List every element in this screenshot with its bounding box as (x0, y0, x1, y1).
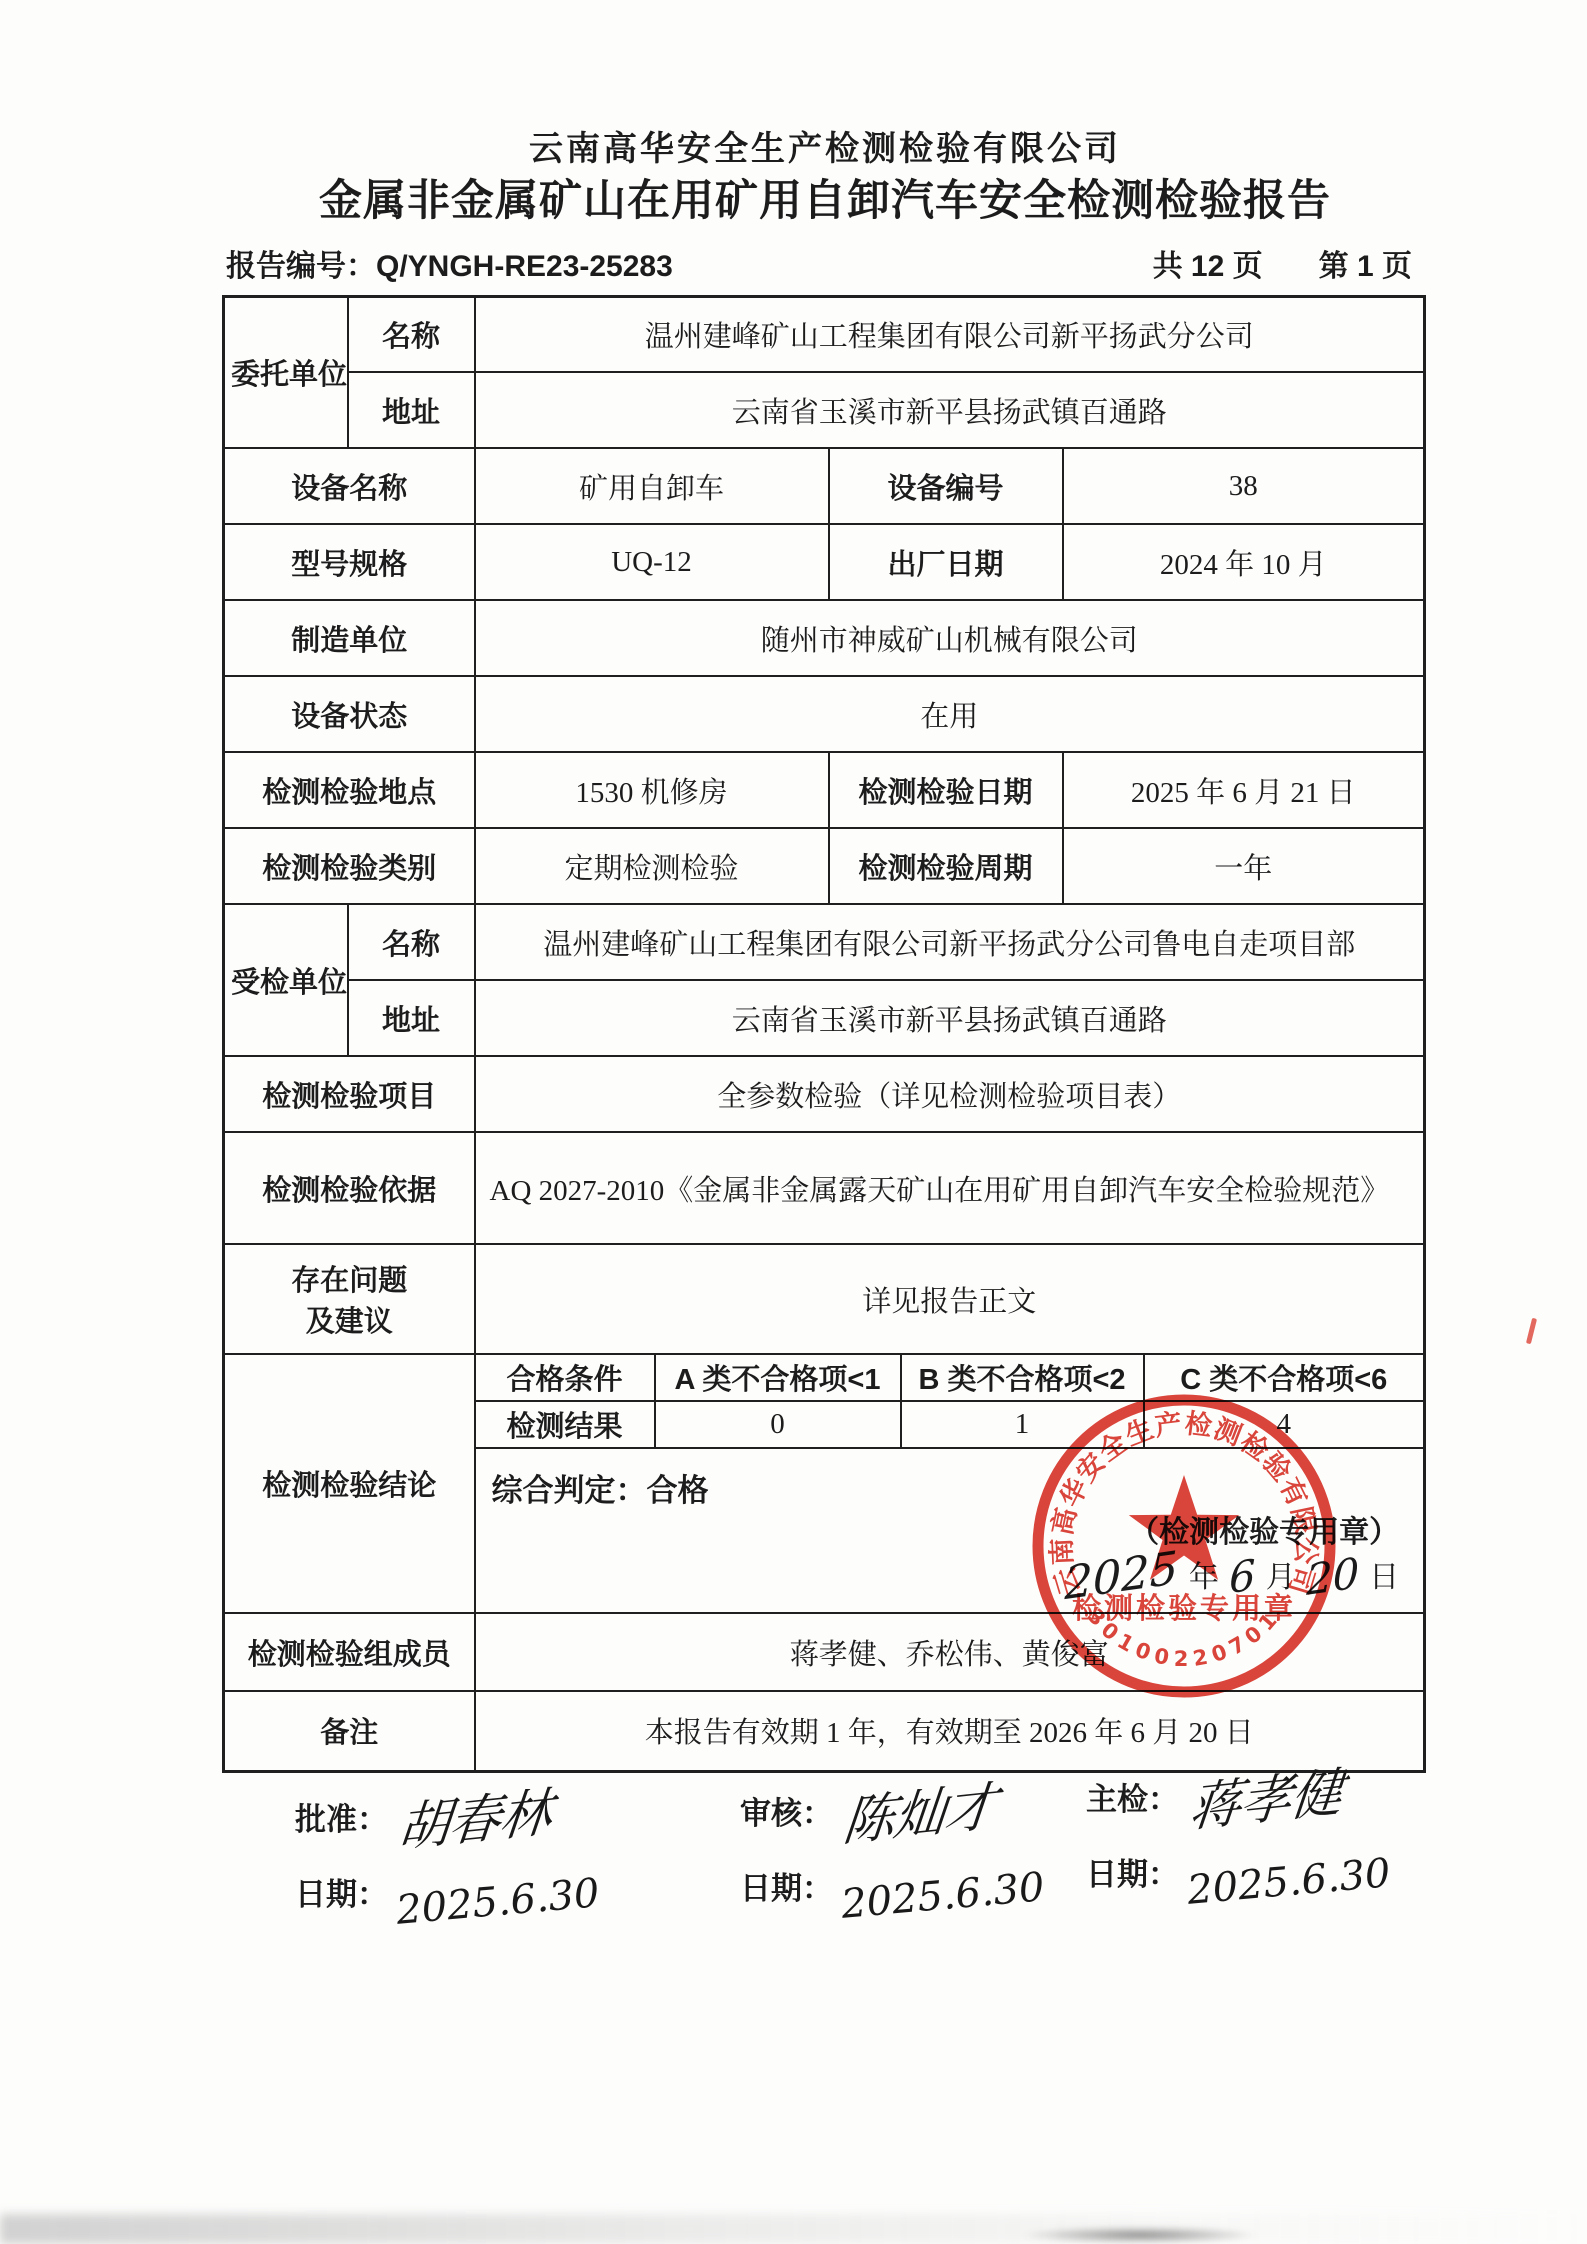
equipment-name-value: 矿用自卸车 (475, 448, 829, 524)
chief-date-value: 2025.6.30 (1186, 1855, 1392, 1909)
inspection-cycle-label: 检测检验周期 (829, 828, 1063, 904)
review-date-value: 2025.6.30 (840, 1869, 1046, 1923)
inspected-unit-name-label: 名称 (348, 904, 475, 980)
inspection-place-label: 检测检验地点 (224, 752, 475, 828)
table-row: 地址 云南省玉溪市新平县扬武镇百通路 (224, 980, 1425, 1056)
condition-c-cell: C 类不合格项<6 (1144, 1354, 1425, 1401)
manufacturer-value: 随州市神威矿山机械有限公司 (475, 600, 1425, 676)
result-b-cell: 1 (901, 1401, 1144, 1448)
items-value: 全参数检验（详见检测检验项目表） (475, 1056, 1425, 1132)
problems-value: 详见报告正文 (475, 1244, 1425, 1354)
chief-date-label: 日期： (1086, 1849, 1179, 1894)
status-label: 设备状态 (224, 676, 475, 752)
inspected-unit-name-value: 温州建峰矿山工程集团有限公司新平扬武分公司鲁电自走项目部 (475, 904, 1425, 980)
table-row: 检测检验类别 定期检测检验 检测检验周期 一年 (224, 828, 1425, 904)
report-number-label: 报告编号： (226, 250, 376, 283)
team-members: 蒋孝健、乔松伟、黄俊富 (475, 1613, 1425, 1691)
seal-date-year-unit: 年 (1189, 1561, 1219, 1594)
verdict-cell: 综合判定：合格 （检测检验专用章） 2025年6月20日 (475, 1448, 1425, 1613)
table-row: 检测检验项目 全参数检验（详见检测检验项目表） (224, 1056, 1425, 1132)
inspection-date-value: 2025 年 6 月 21 日 (1063, 752, 1425, 828)
inspection-date-label: 检测检验日期 (829, 752, 1063, 828)
seal-date-day-unit: 日 (1369, 1561, 1399, 1594)
basis-label: 检测检验依据 (224, 1132, 475, 1244)
report-page: 云南高华安全生产检测检验有限公司 金属非金属矿山在用矿用自卸汽车安全检测检验报告… (0, 0, 1587, 2244)
problems-label: 存在问题 及建议 (224, 1244, 475, 1354)
result-c-cell: 4 (1144, 1401, 1425, 1448)
header: 云南高华安全生产检测检验有限公司 金属非金属矿山在用矿用自卸汽车安全检测检验报告 (222, 0, 1428, 227)
review-signature: 陈灿才 (841, 1784, 998, 1848)
inspection-cycle-value: 一年 (1063, 828, 1425, 904)
client-section-cell: 委托单位 (224, 296, 348, 448)
chief-block: 主检： 蒋孝健 日期： 2025.6.30 (1086, 1772, 1391, 1894)
inspection-category-value: 定期检测检验 (475, 828, 829, 904)
report-table: 委托单位 名称 温州建峰矿山工程集团有限公司新平扬武分公司 地址 云南省玉溪市新… (222, 295, 1426, 1773)
equipment-model-value: UQ-12 (475, 524, 829, 600)
equipment-mfg-date-label: 出厂日期 (829, 524, 1063, 600)
seal-date-month-unit: 月 (1266, 1561, 1296, 1594)
approve-label: 批准： (295, 1794, 388, 1839)
equipment-number-label: 设备编号 (829, 448, 1063, 524)
table-row: 检测检验依据 AQ 2027-2010《金属非金属露天矿山在用矿用自卸汽车安全检… (224, 1132, 1425, 1244)
inspected-unit-section-cell: 受检单位 (224, 904, 348, 1056)
table-row: 设备状态 在用 (224, 676, 1425, 752)
table-row: 制造单位 随州市神威矿山机械有限公司 (224, 600, 1425, 676)
inspected-unit-address-label: 地址 (348, 980, 475, 1056)
report-number-value: Q/YNGH-RE23-25283 (376, 250, 673, 283)
table-row: 检测检验地点 1530 机修房 检测检验日期 2025 年 6 月 21 日 (224, 752, 1425, 828)
conclusion-label: 检测检验结论 (224, 1354, 475, 1613)
equipment-mfg-date-value: 2024 年 10 月 (1063, 524, 1425, 600)
equipment-name-label: 设备名称 (224, 448, 475, 524)
approve-block: 批准： 胡春林 日期： 2025.6.30 (295, 1792, 600, 1914)
client-address-value: 云南省玉溪市新平县扬武镇百通路 (475, 372, 1425, 448)
approve-date-label: 日期： (295, 1869, 388, 1914)
client-name-value: 温州建峰矿山工程集团有限公司新平扬武分公司 (475, 296, 1425, 372)
report-number: 报告编号：Q/YNGH-RE23-25283 (226, 241, 673, 285)
basis-value: AQ 2027-2010《金属非金属露天矿山在用矿用自卸汽车安全检验规范》 (475, 1132, 1425, 1244)
remark-label: 备注 (224, 1691, 475, 1771)
report-title: 金属非金属矿山在用矿用自卸汽车安全检测检验报告 (222, 177, 1428, 226)
team-label: 检测检验组成员 (224, 1613, 475, 1691)
chief-label: 主检： (1086, 1774, 1179, 1819)
result-a-cell: 0 (655, 1401, 901, 1448)
red-mark-artifact (1526, 1318, 1537, 1344)
seal-date-day: 20 (1306, 1552, 1359, 1602)
condition-a-cell: A 类不合格项<1 (655, 1354, 901, 1401)
condition-header-cell: 合格条件 (475, 1354, 655, 1401)
inspected-unit-address-value: 云南省玉溪市新平县扬武镇百通路 (475, 980, 1425, 1056)
verdict-line: 综合判定：合格 (492, 1465, 709, 1510)
verdict-label: 综合判定： (492, 1473, 647, 1508)
table-row: 存在问题 及建议 详见报告正文 (224, 1244, 1425, 1354)
verdict-value: 合格 (647, 1473, 709, 1508)
review-date-label: 日期： (740, 1863, 833, 1908)
approve-date-value: 2025.6.30 (395, 1875, 601, 1929)
condition-b-cell: B 类不合格项<2 (901, 1354, 1144, 1401)
problems-label-line1: 存在问题 (231, 1258, 468, 1299)
result-header-cell: 检测结果 (475, 1401, 655, 1448)
report-meta-line: 报告编号：Q/YNGH-RE23-25283 共 12 页 第 1 页 (226, 241, 1418, 285)
page-counter: 共 12 页 第 1 页 (1153, 241, 1418, 285)
page-current: 第 1 页 (1319, 241, 1412, 285)
client-address-label: 地址 (348, 372, 475, 448)
table-row: 受检单位 名称 温州建峰矿山工程集团有限公司新平扬武分公司鲁电自走项目部 (224, 904, 1425, 980)
table-row: 设备名称 矿用自卸车 设备编号 38 (224, 448, 1425, 524)
chief-signature: 蒋孝健 (1187, 1770, 1344, 1834)
client-name-label: 名称 (348, 296, 475, 372)
table-row: 检测检验组成员 蒋孝健、乔松伟、黄俊富 (224, 1613, 1425, 1691)
seal-date-month: 6 (1229, 1554, 1255, 1600)
table-row: 检测检验结论 合格条件 A 类不合格项<1 B 类不合格项<2 C 类不合格项<… (224, 1354, 1425, 1401)
inspection-category-label: 检测检验类别 (224, 828, 475, 904)
status-value: 在用 (475, 676, 1425, 752)
seal-date-year: 2025 (1065, 1545, 1178, 1606)
scan-smudge-artifact (0, 2214, 1587, 2244)
equipment-number-value: 38 (1063, 448, 1425, 524)
scan-blob-artifact (1020, 2226, 1260, 2244)
table-row: 委托单位 名称 温州建峰矿山工程集团有限公司新平扬武分公司 (224, 296, 1425, 372)
table-row: 地址 云南省玉溪市新平县扬武镇百通路 (224, 372, 1425, 448)
manufacturer-label: 制造单位 (224, 600, 475, 676)
table-row: 备注 本报告有效期 1 年，有效期至 2026 年 6 月 20 日 (224, 1691, 1425, 1771)
problems-label-line2: 及建议 (231, 1299, 468, 1340)
table-row: 型号规格 UQ-12 出厂日期 2024 年 10 月 (224, 524, 1425, 600)
review-block: 审核： 陈灿才 日期： 2025.6.30 (740, 1786, 1045, 1908)
items-label: 检测检验项目 (224, 1056, 475, 1132)
company-name: 云南高华安全生产检测检验有限公司 (222, 130, 1428, 169)
pages-total: 共 12 页 (1153, 241, 1263, 285)
inspection-place-value: 1530 机修房 (475, 752, 829, 828)
equipment-model-label: 型号规格 (224, 524, 475, 600)
review-label: 审核： (740, 1788, 833, 1833)
seal-date-line: 2025年6月20日 (1064, 1549, 1409, 1596)
approve-signature: 胡春林 (396, 1790, 553, 1854)
remark-value: 本报告有效期 1 年，有效期至 2026 年 6 月 20 日 (475, 1691, 1425, 1771)
